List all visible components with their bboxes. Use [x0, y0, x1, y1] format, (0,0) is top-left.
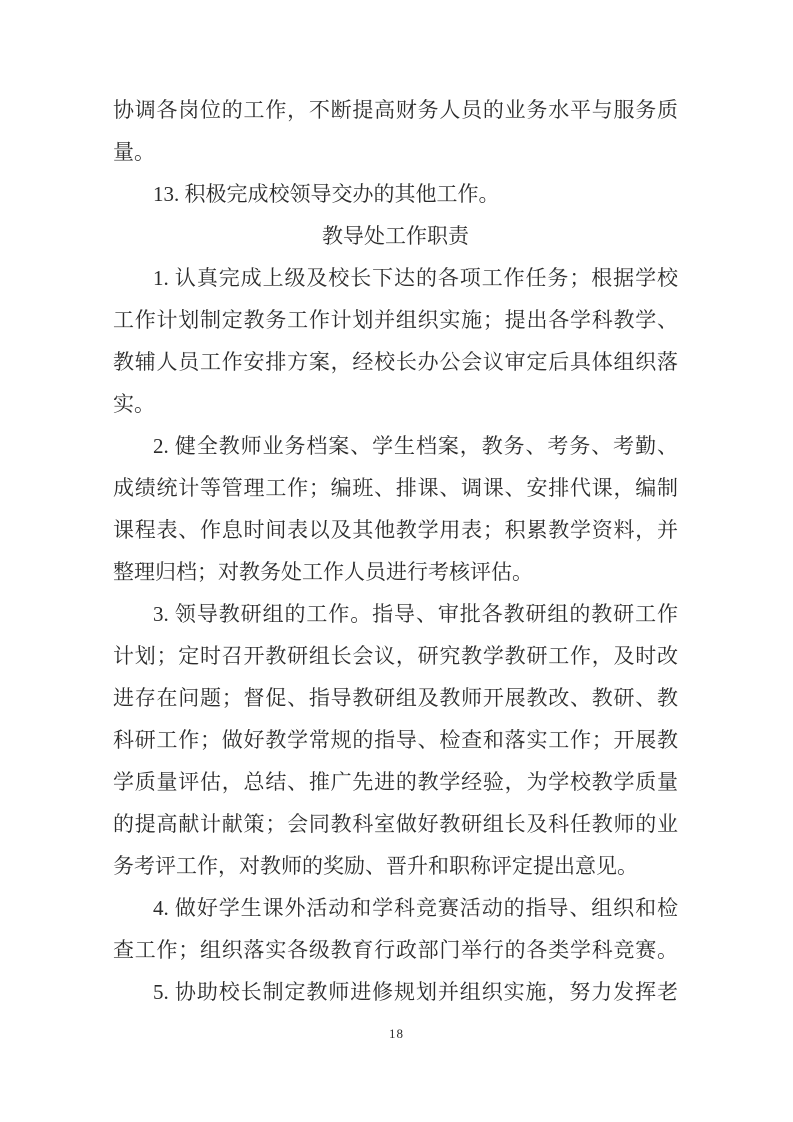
document-page: 协调各岗位的工作，不断提高财务人员的业务水平与服务质量。13. 积极完成校领导交… [0, 0, 793, 1122]
text-line: 3. 领导教研组的工作。指导、审批各教研组的教研工作 [113, 593, 678, 635]
text-line: 整理归档；对教务处工作人员进行考核评估。 [113, 551, 678, 593]
text-line: 成绩统计等管理工作；编班、排课、调课、安排代课，编制 [113, 467, 678, 509]
text-line: 量。 [113, 131, 678, 173]
text-line: 进存在问题；督促、指导教研组及教师开展教改、教研、教 [113, 677, 678, 719]
text-line: 教辅人员工作安排方案，经校长办公会议审定后具体组织落 [113, 341, 678, 383]
text-line: 2. 健全教师业务档案、学生档案，教务、考务、考勤、 [113, 425, 678, 467]
document-body: 协调各岗位的工作，不断提高财务人员的业务水平与服务质量。13. 积极完成校领导交… [113, 89, 678, 1013]
text-line: 实。 [113, 383, 678, 425]
text-line: 科研工作；做好教学常规的指导、检查和落实工作；开展教 [113, 719, 678, 761]
page-number: 18 [0, 1026, 793, 1042]
text-line: 课程表、作息时间表以及其他教学用表；积累教学资料，并 [113, 509, 678, 551]
text-line: 学质量评估，总结、推广先进的教学经验，为学校教学质量 [113, 761, 678, 803]
text-line: 协调各岗位的工作，不断提高财务人员的业务水平与服务质 [113, 89, 678, 131]
section-heading: 教导处工作职责 [113, 215, 678, 257]
text-line: 务考评工作，对教师的奖励、晋升和职称评定提出意见。 [113, 845, 678, 887]
text-line: 计划；定时召开教研组长会议，研究教学教研工作，及时改 [113, 635, 678, 677]
text-line: 1. 认真完成上级及校长下达的各项工作任务；根据学校 [113, 257, 678, 299]
text-line: 13. 积极完成校领导交办的其他工作。 [113, 173, 678, 215]
text-line: 4. 做好学生课外活动和学科竞赛活动的指导、组织和检 [113, 887, 678, 929]
text-line: 的提高献计献策；会同教科室做好教研组长及科任教师的业 [113, 803, 678, 845]
text-line: 查工作；组织落实各级教育行政部门举行的各类学科竞赛。 [113, 929, 678, 971]
text-line: 5. 协助校长制定教师进修规划并组织实施，努力发挥老 [113, 971, 678, 1013]
text-line: 工作计划制定教务工作计划并组织实施；提出各学科教学、 [113, 299, 678, 341]
